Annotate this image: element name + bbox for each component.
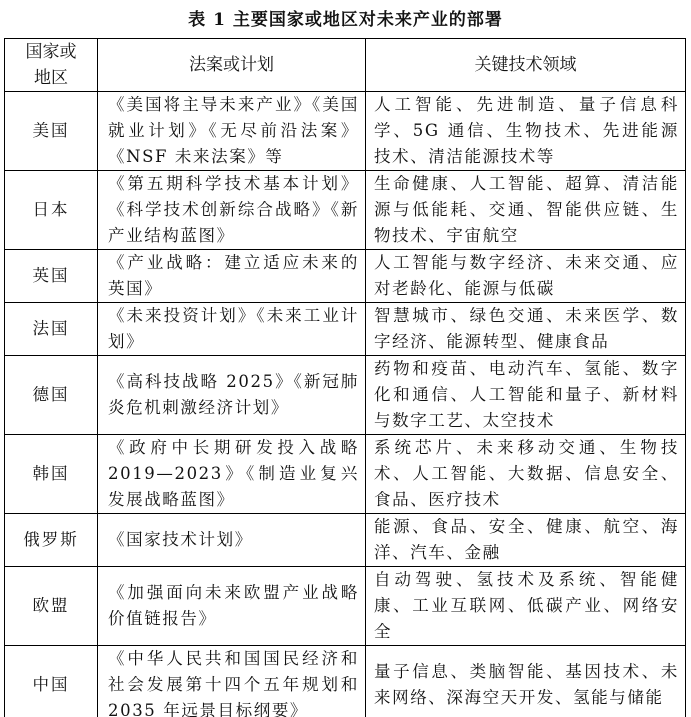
cell-fields: 生命健康、人工智能、超算、清洁能源与低能耗、交通、智能供应链、生物技术、宇宙航空 (366, 171, 686, 250)
cell-country: 韩国 (5, 435, 98, 514)
table-caption: 表 1 主要国家或地区对未来产业的部署 (0, 8, 691, 32)
cell-fields: 人工智能与数字经济、未来交通、应对老龄化、能源与低碳 (366, 250, 686, 303)
table-row-japan: 日本 《第五期科学技术基本计划》《科学技术创新综合战略》《新产业结构蓝图》 生命… (5, 171, 686, 250)
header-country-line-2: 地区 (5, 65, 97, 91)
cell-fields: 药物和疫苗、电动汽车、氢能、数字化和通信、人工智能和量子、新材料与数字工艺、太空… (366, 356, 686, 435)
table-row-korea: 韩国 《政府中长期研发投入战略2019—2023》《制造业复兴发展战略蓝图》 系… (5, 435, 686, 514)
cell-fields: 系统芯片、未来移动交通、生物技术、人工智能、大数据、信息安全、食品、医疗技术 (366, 435, 686, 514)
table-row-usa: 美国 《美国将主导未来产业》《美国就业计划》《无尽前沿法案》《NSF 未来法案》… (5, 92, 686, 171)
cell-plan: 《产业战略：建立适应未来的英国》 (98, 250, 366, 303)
header-fields: 关键技术领域 (366, 39, 686, 92)
cell-country: 法国 (5, 303, 98, 356)
cell-fields: 人工智能、先进制造、量子信息科学、5G 通信、生物技术、先进能源技术、清洁能源技… (366, 92, 686, 171)
cell-fields: 智慧城市、绿色交通、未来医学、数字经济、能源转型、健康食品 (366, 303, 686, 356)
cell-country: 欧盟 (5, 567, 98, 646)
cell-country: 英国 (5, 250, 98, 303)
cell-country: 德国 (5, 356, 98, 435)
header-country: 国家或 地区 (5, 39, 98, 92)
table-row-china: 中国 《中华人民共和国国民经济和社会发展第十四个五年规划和 2035 年远景目标… (5, 646, 686, 717)
cell-plan: 《中华人民共和国国民经济和社会发展第十四个五年规划和 2035 年远景目标纲要》 (98, 646, 366, 717)
cell-fields: 量子信息、类脑智能、基因技术、未来网络、深海空天开发、氢能与储能 (366, 646, 686, 717)
cell-plan: 《美国将主导未来产业》《美国就业计划》《无尽前沿法案》《NSF 未来法案》等 (98, 92, 366, 171)
cell-fields: 能源、食品、安全、健康、航空、海洋、汽车、金融 (366, 514, 686, 567)
header-plan: 法案或计划 (98, 39, 366, 92)
table-row-germany: 德国 《高科技战略 2025》《新冠肺炎危机刺激经济计划》 药物和疫苗、电动汽车… (5, 356, 686, 435)
table-row-france: 法国 《未来投资计划》《未来工业计划》 智慧城市、绿色交通、未来医学、数字经济、… (5, 303, 686, 356)
cell-country: 中国 (5, 646, 98, 717)
cell-plan: 《加强面向未来欧盟产业战略价值链报告》 (98, 567, 366, 646)
future-industry-table: 国家或 地区 法案或计划 关键技术领域 美国 《美国将主导未来产业》《美国就业计… (4, 38, 686, 717)
header-country-line-1: 国家或 (5, 39, 97, 65)
cell-country: 美国 (5, 92, 98, 171)
cell-country: 俄罗斯 (5, 514, 98, 567)
table-row-uk: 英国 《产业战略：建立适应未来的英国》 人工智能与数字经济、未来交通、应对老龄化… (5, 250, 686, 303)
cell-plan: 《高科技战略 2025》《新冠肺炎危机刺激经济计划》 (98, 356, 366, 435)
table-row-russia: 俄罗斯 《国家技术计划》 能源、食品、安全、健康、航空、海洋、汽车、金融 (5, 514, 686, 567)
cell-plan: 《国家技术计划》 (98, 514, 366, 567)
table-header-row: 国家或 地区 法案或计划 关键技术领域 (5, 39, 686, 92)
table-row-eu: 欧盟 《加强面向未来欧盟产业战略价值链报告》 自动驾驶、氢技术及系统、智能健康、… (5, 567, 686, 646)
cell-plan: 《第五期科学技术基本计划》《科学技术创新综合战略》《新产业结构蓝图》 (98, 171, 366, 250)
cell-plan: 《政府中长期研发投入战略2019—2023》《制造业复兴发展战略蓝图》 (98, 435, 366, 514)
cell-country: 日本 (5, 171, 98, 250)
cell-plan: 《未来投资计划》《未来工业计划》 (98, 303, 366, 356)
cell-fields: 自动驾驶、氢技术及系统、智能健康、工业互联网、低碳产业、网络安全 (366, 567, 686, 646)
